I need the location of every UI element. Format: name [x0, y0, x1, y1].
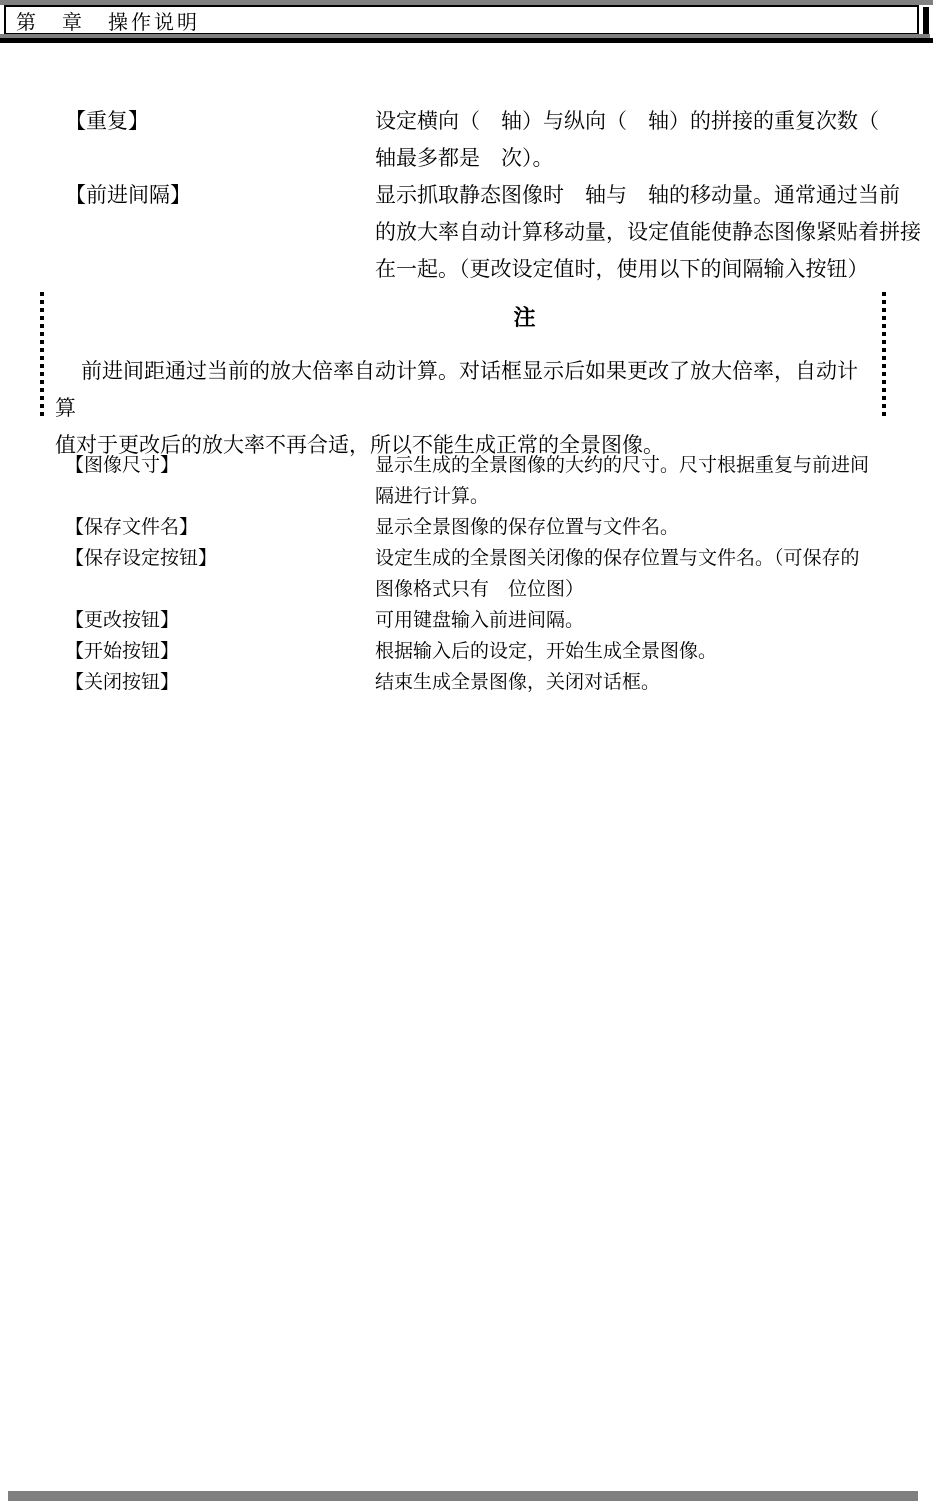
footer-bar	[8, 1491, 918, 1501]
definition-term: 【保存设定按钮】	[65, 543, 375, 574]
definition-description: 结束生成全景图像，关闭对话框。	[375, 667, 921, 698]
definition-description: 设定横向（ 轴）与纵向（ 轴）的拼接的重复次数（ 轴最多都是 次）。	[375, 103, 921, 177]
chapter-title: 第 章 操作说明	[16, 6, 200, 35]
definition-description: 根据输入后的设定，开始生成全景图像。	[375, 636, 921, 667]
note-title: 注	[55, 306, 866, 332]
note-body: 前进间距通过当前的放大倍率自动计算。对话框显示后如果更改了放大倍率，自动计算 值…	[55, 353, 866, 464]
definition-description: 显示抓取静态图像时 轴与 轴的移动量。通常通过当前 的放大率自动计算移动量，设定…	[375, 177, 921, 288]
definition-description: 显示全景图像的保存位置与文件名。	[375, 512, 921, 543]
note-dotted-border-left	[40, 292, 44, 420]
definition-term: 【前进间隔】	[65, 177, 375, 214]
definition-term: 【保存文件名】	[65, 512, 375, 543]
definition-description: 设定生成的全景图关闭像的保存位置与文件名。（可保存的 图像格式只有 位位图）	[375, 543, 921, 605]
definition-description: 显示生成的全景图像的大约的尺寸。尺寸根据重复与前进间 隔进行计算。	[375, 450, 921, 512]
note-box: 注 前进间距通过当前的放大倍率自动计算。对话框显示后如果更改了放大倍率，自动计算…	[40, 292, 886, 420]
definition-row: 【前进间隔】 显示抓取静态图像时 轴与 轴的移动量。通常通过当前 的放大率自动计…	[65, 177, 921, 288]
definition-term: 【关闭按钮】	[65, 667, 375, 698]
document-page: 第 章 操作说明 【重复】 设定横向（ 轴）与纵向（ 轴）的拼接的重复次数（ 轴…	[0, 0, 933, 1502]
definition-row: 【开始按钮】 根据输入后的设定，开始生成全景图像。	[65, 636, 921, 667]
definition-row: 【保存设定按钮】 设定生成的全景图关闭像的保存位置与文件名。（可保存的 图像格式…	[65, 543, 921, 605]
definition-list-top: 【重复】 设定横向（ 轴）与纵向（ 轴）的拼接的重复次数（ 轴最多都是 次）。 …	[65, 103, 921, 288]
definition-term: 【更改按钮】	[65, 605, 375, 636]
header-rule	[0, 38, 933, 43]
definition-term: 【重复】	[65, 103, 375, 140]
note-dotted-border-right	[882, 292, 886, 420]
definition-row: 【更改按钮】 可用键盘输入前进间隔。	[65, 605, 921, 636]
definition-list-bottom: 【图像尺寸】 显示生成的全景图像的大约的尺寸。尺寸根据重复与前进间 隔进行计算。…	[65, 450, 921, 698]
definition-row: 【重复】 设定横向（ 轴）与纵向（ 轴）的拼接的重复次数（ 轴最多都是 次）。	[65, 103, 921, 177]
definition-term: 【开始按钮】	[65, 636, 375, 667]
definition-row: 【保存文件名】 显示全景图像的保存位置与文件名。	[65, 512, 921, 543]
definition-term: 【图像尺寸】	[65, 450, 375, 481]
definition-description: 可用键盘输入前进间隔。	[375, 605, 921, 636]
definition-row: 【关闭按钮】 结束生成全景图像，关闭对话框。	[65, 667, 921, 698]
chapter-title-box: 第 章 操作说明	[4, 5, 919, 35]
definition-row: 【图像尺寸】 显示生成的全景图像的大约的尺寸。尺寸根据重复与前进间 隔进行计算。	[65, 450, 921, 512]
